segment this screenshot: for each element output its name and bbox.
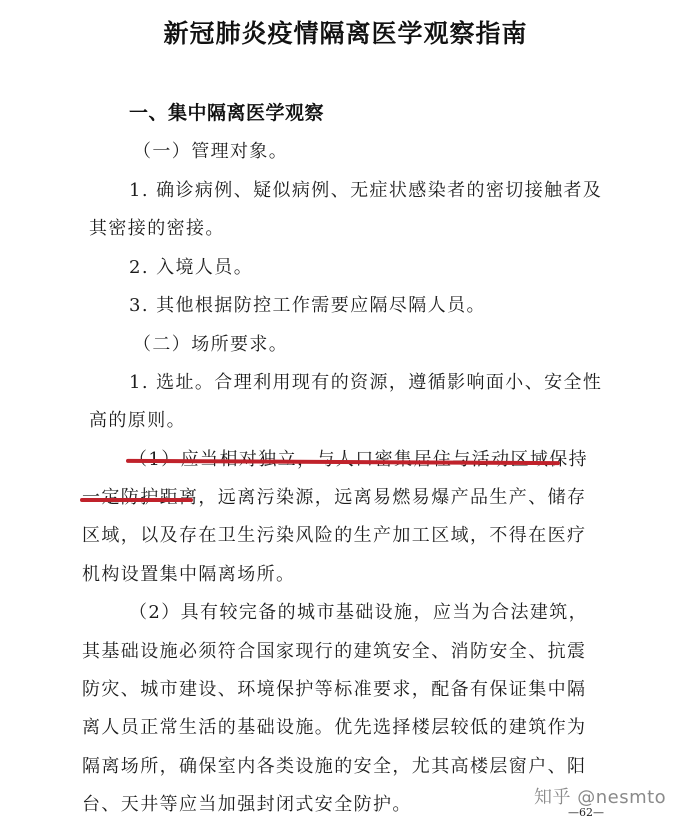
body-line: 其基础设施必须符合国家现行的建筑安全、消防安全、抗震 (82, 637, 586, 663)
body-line-highlighted: （1）应当相对独立，与人口密集居住与活动区域保持 (129, 445, 588, 471)
body-line: 机构设置集中隔离场所。 (82, 560, 295, 586)
body-line: 2. 入境人员。 (129, 253, 253, 279)
body-line-highlighted: 一定防护距离，远离污染源，远离易燃易爆产品生产、储存 (82, 483, 586, 509)
body-line: 隔离场所，确保室内各类设施的安全，尤其高楼层窗户、阳 (82, 752, 586, 778)
body-line: 3. 其他根据防控工作需要应隔尽隔人员。 (129, 291, 486, 317)
body-line: （2）具有较完备的城市基础设施，应当为合法建筑， (129, 598, 588, 624)
body-line: 防灾、城市建设、环境保护等标准要求，配备有保证集中隔 (82, 675, 586, 701)
body-line: 区域，以及存在卫生污染风险的生产加工区域，不得在医疗 (82, 521, 586, 547)
body-line: 1. 确诊病例、疑似病例、无症状感染者的密切接触者及 (129, 176, 602, 202)
section-heading: 一、集中隔离医学观察 (129, 98, 324, 125)
body-line: 其密接的密接。 (89, 214, 225, 240)
body-line: 台、天井等应当加强封闭式安全防护。 (82, 790, 412, 816)
body-line: 1. 选址。合理利用现有的资源，遵循影响面小、安全性 (129, 368, 602, 394)
body-line: （二）场所要求。 (133, 330, 288, 356)
document-title: 新冠肺炎疫情隔离医学观察指南 (0, 14, 691, 50)
red-underline-mark (80, 498, 193, 502)
body-line: 高的原则。 (89, 406, 186, 432)
page-number: —62— (568, 806, 604, 819)
body-line: （一）管理对象。 (133, 137, 288, 163)
body-line: 离人员正常生活的基础设施。优先选择楼层较低的建筑作为 (82, 713, 586, 739)
